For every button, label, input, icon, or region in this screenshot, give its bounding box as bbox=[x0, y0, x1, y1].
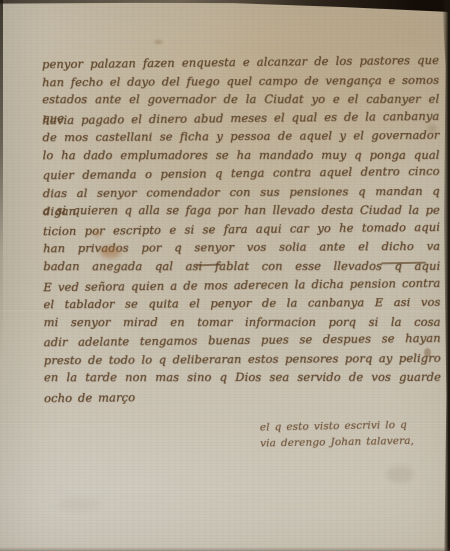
handwritten-line: en la tarde non mas sino q Dios sea serv… bbox=[44, 368, 441, 387]
handwritten-line: han privados por q senyor vos solia ante… bbox=[43, 237, 440, 258]
handwritten-line: dias al senyor comendador con sus pensio… bbox=[43, 182, 440, 203]
handwritten-line: presto de todo lo q deliberaran estos pe… bbox=[44, 349, 441, 370]
scan-edge-top bbox=[0, 0, 450, 12]
scan-edge-bottom bbox=[0, 547, 450, 551]
scan-edge-left bbox=[0, 0, 3, 360]
handwritten-line: estados ante el governador de la Ciudat … bbox=[42, 90, 439, 109]
signature-line: via derengo Johan talavera, bbox=[260, 433, 438, 452]
signature-block: el q esto visto escrivi lo q via derengo… bbox=[260, 417, 439, 451]
bleedthrough-ghost bbox=[386, 466, 414, 483]
handwritten-line: el tablador se quita el penyor de la can… bbox=[43, 293, 440, 314]
paper-smudge bbox=[58, 498, 102, 511]
scan-edge-right bbox=[442, 0, 450, 551]
letter-body: penyor palazan fazen enquesta e alcanzar… bbox=[42, 52, 441, 407]
handwritten-line: a si quieren q alla se faga por han llev… bbox=[43, 201, 440, 220]
manuscript-page: penyor palazan fazen enquesta e alcanzar… bbox=[0, 0, 450, 551]
date-line: ocho de março bbox=[44, 385, 441, 408]
ink-speck bbox=[154, 40, 163, 44]
handwritten-line: badan anegada qal asi fablat con esse ll… bbox=[43, 257, 440, 276]
handwritten-line: de mos castellani se ficha y pessoa de a… bbox=[42, 126, 439, 147]
handwritten-line: han fecho el dayo del fuego quel campo d… bbox=[42, 70, 439, 91]
